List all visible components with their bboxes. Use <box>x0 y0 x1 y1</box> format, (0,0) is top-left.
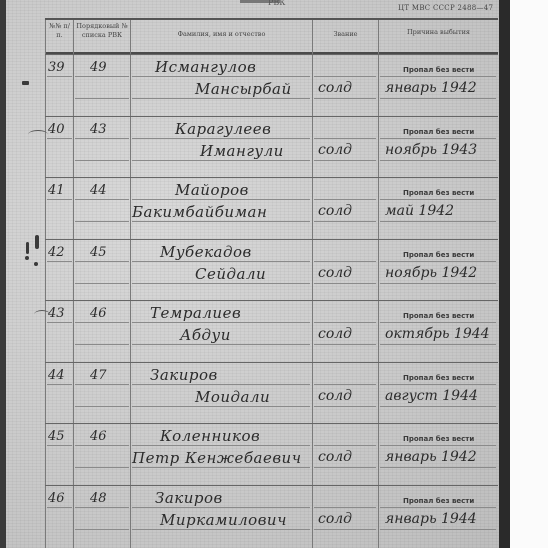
record-date: октябрь 1944 <box>385 326 490 342</box>
row-rule <box>132 445 310 446</box>
row-rule <box>75 76 129 77</box>
row-rule <box>132 98 310 99</box>
record-surname: Мубекадов <box>160 243 252 261</box>
row-rule <box>314 406 376 407</box>
record-surname: Закиров <box>150 366 218 384</box>
record-given-name: Мансырбай <box>195 80 292 98</box>
column-divider <box>312 20 313 548</box>
row-rule <box>47 199 72 200</box>
row-rule <box>75 384 129 385</box>
row-rule <box>75 199 129 200</box>
record-rvk-number: 49 <box>90 60 107 75</box>
record-rank: солд <box>318 203 352 219</box>
record-rvk-number: 45 <box>90 245 107 260</box>
record-number: 44 <box>48 368 65 383</box>
column-divider <box>378 20 379 548</box>
row-rule <box>380 384 496 385</box>
row-rule <box>314 529 376 530</box>
column-divider <box>73 20 74 548</box>
pencil-scribble <box>28 130 48 139</box>
table-top-rule <box>45 18 498 20</box>
row-rule <box>314 445 376 446</box>
row-rule <box>380 261 496 262</box>
record-number: 41 <box>48 183 65 198</box>
record-rvk-number: 44 <box>90 183 107 198</box>
row-rule <box>314 160 376 161</box>
record-date: январь 1942 <box>385 80 477 96</box>
row-rule <box>314 467 376 468</box>
row-rule <box>47 384 72 385</box>
record-date: январь 1944 <box>385 511 477 527</box>
header-reason: Причина выбытия <box>379 28 498 37</box>
row-rule <box>75 261 129 262</box>
row-rule <box>314 283 376 284</box>
row-rule <box>132 221 310 222</box>
row-rule <box>45 116 498 117</box>
record-reason-stamp: Пропал без вести <box>403 312 474 320</box>
header-name: Фамилия, имя и отчество <box>131 30 312 39</box>
row-rule <box>380 406 496 407</box>
pencil-scribble <box>34 310 50 319</box>
row-rule <box>132 344 310 345</box>
row-rule <box>380 507 496 508</box>
record-rank: солд <box>318 388 352 404</box>
row-rule <box>75 160 129 161</box>
record-rank: солд <box>318 265 352 281</box>
row-rule <box>132 529 310 530</box>
row-rule <box>380 76 496 77</box>
row-rule <box>75 507 129 508</box>
row-rule <box>75 283 129 284</box>
record-rank: солд <box>318 511 352 527</box>
row-rule <box>380 138 496 139</box>
record-rank: солд <box>318 80 352 96</box>
record-number: 40 <box>48 122 65 137</box>
record-date: май 1942 <box>385 203 454 219</box>
row-rule <box>132 199 310 200</box>
record-date: ноябрь 1943 <box>385 142 477 158</box>
row-rule <box>380 529 496 530</box>
record-number: 43 <box>48 306 65 321</box>
record-rvk-number: 43 <box>90 122 107 137</box>
record-reason-stamp: Пропал без вести <box>403 128 474 136</box>
row-rule <box>314 344 376 345</box>
record-rvk-number: 47 <box>90 368 107 383</box>
scan-left-edge <box>0 0 6 548</box>
ink-mark <box>35 235 39 249</box>
row-rule <box>314 507 376 508</box>
row-rule <box>132 283 310 284</box>
record-reason-stamp: Пропал без вести <box>403 374 474 382</box>
row-rule <box>380 467 496 468</box>
row-rule <box>132 406 310 407</box>
row-rule <box>380 199 496 200</box>
scan-right-edge <box>499 0 510 548</box>
record-reason-stamp: Пропал без вести <box>403 189 474 197</box>
record-surname: Карагулеев <box>175 120 271 138</box>
record-number: 39 <box>48 60 65 75</box>
ink-mark <box>26 242 29 254</box>
row-rule <box>45 485 498 486</box>
row-rule <box>47 138 72 139</box>
row-rule <box>75 406 129 407</box>
record-date: январь 1942 <box>385 449 477 465</box>
row-rule <box>75 98 129 99</box>
row-rule <box>132 507 310 508</box>
header-number: №№ п/п. <box>46 22 73 40</box>
row-rule <box>47 445 72 446</box>
row-rule <box>47 76 72 77</box>
record-number: 42 <box>48 245 65 260</box>
row-rule <box>132 138 310 139</box>
row-rule <box>314 76 376 77</box>
row-rule <box>75 221 129 222</box>
record-rvk-number: 46 <box>90 429 107 444</box>
top-mark: РВК <box>268 0 285 7</box>
column-divider <box>130 20 131 548</box>
column-divider <box>45 20 46 548</box>
row-rule <box>132 76 310 77</box>
record-rank: солд <box>318 449 352 465</box>
row-rule <box>314 98 376 99</box>
ink-mark <box>22 81 29 85</box>
row-rule <box>45 300 498 301</box>
row-rule <box>314 221 376 222</box>
row-rule <box>380 445 496 446</box>
row-rule <box>380 160 496 161</box>
row-rule <box>314 384 376 385</box>
record-surname: Исмангулов <box>155 58 256 76</box>
row-rule <box>47 322 72 323</box>
row-rule <box>75 344 129 345</box>
record-given-name: Петр Кенжебаевич <box>132 449 302 467</box>
record-given-name: Моидали <box>195 388 270 406</box>
row-rule <box>47 507 72 508</box>
row-rule <box>132 467 310 468</box>
ink-mark <box>34 262 38 266</box>
row-rule <box>314 199 376 200</box>
row-rule <box>380 283 496 284</box>
row-rule <box>45 362 498 363</box>
row-rule <box>132 322 310 323</box>
row-rule <box>314 138 376 139</box>
record-rvk-number: 46 <box>90 306 107 321</box>
row-rule <box>47 261 72 262</box>
record-given-name: Сейдали <box>195 265 266 283</box>
row-rule <box>314 322 376 323</box>
row-rule <box>132 160 310 161</box>
record-rank: солд <box>318 326 352 342</box>
header-rvk-number: Порядковый № списка РВК <box>74 22 130 40</box>
record-surname: Темралиев <box>150 304 241 322</box>
row-rule <box>75 138 129 139</box>
row-rule <box>380 344 496 345</box>
header-rank: Звание <box>313 30 378 39</box>
record-given-name: Бакимбайбиман <box>132 203 267 221</box>
record-date: ноябрь 1942 <box>385 265 477 281</box>
record-surname: Закиров <box>155 489 223 507</box>
row-rule <box>45 54 498 55</box>
record-surname: Майоров <box>175 181 249 199</box>
row-rule <box>45 423 498 424</box>
row-rule <box>75 467 129 468</box>
row-rule <box>314 261 376 262</box>
record-surname: Коленников <box>160 427 260 445</box>
record-date: август 1944 <box>385 388 478 404</box>
row-rule <box>380 322 496 323</box>
record-given-name: Миркамилович <box>160 511 287 529</box>
row-rule <box>45 239 498 240</box>
form-code: ЦТ МВС СССР 2488—47 <box>398 4 493 12</box>
row-rule <box>45 177 498 178</box>
ink-mark <box>25 256 29 260</box>
record-rank: солд <box>318 142 352 158</box>
record-reason-stamp: Пропал без вести <box>403 497 474 505</box>
record-reason-stamp: Пропал без вести <box>403 435 474 443</box>
row-rule <box>132 261 310 262</box>
row-rule <box>380 98 496 99</box>
record-number: 46 <box>48 491 65 506</box>
row-rule <box>75 529 129 530</box>
record-given-name: Абдуи <box>180 326 231 344</box>
record-reason-stamp: Пропал без вести <box>403 251 474 259</box>
row-rule <box>75 322 129 323</box>
record-given-name: Имангули <box>200 142 284 160</box>
page-margin <box>510 0 548 548</box>
row-rule <box>380 221 496 222</box>
record-reason-stamp: Пропал без вести <box>403 66 474 74</box>
row-rule <box>132 384 310 385</box>
row-rule <box>75 445 129 446</box>
record-rvk-number: 48 <box>90 491 107 506</box>
record-number: 45 <box>48 429 65 444</box>
